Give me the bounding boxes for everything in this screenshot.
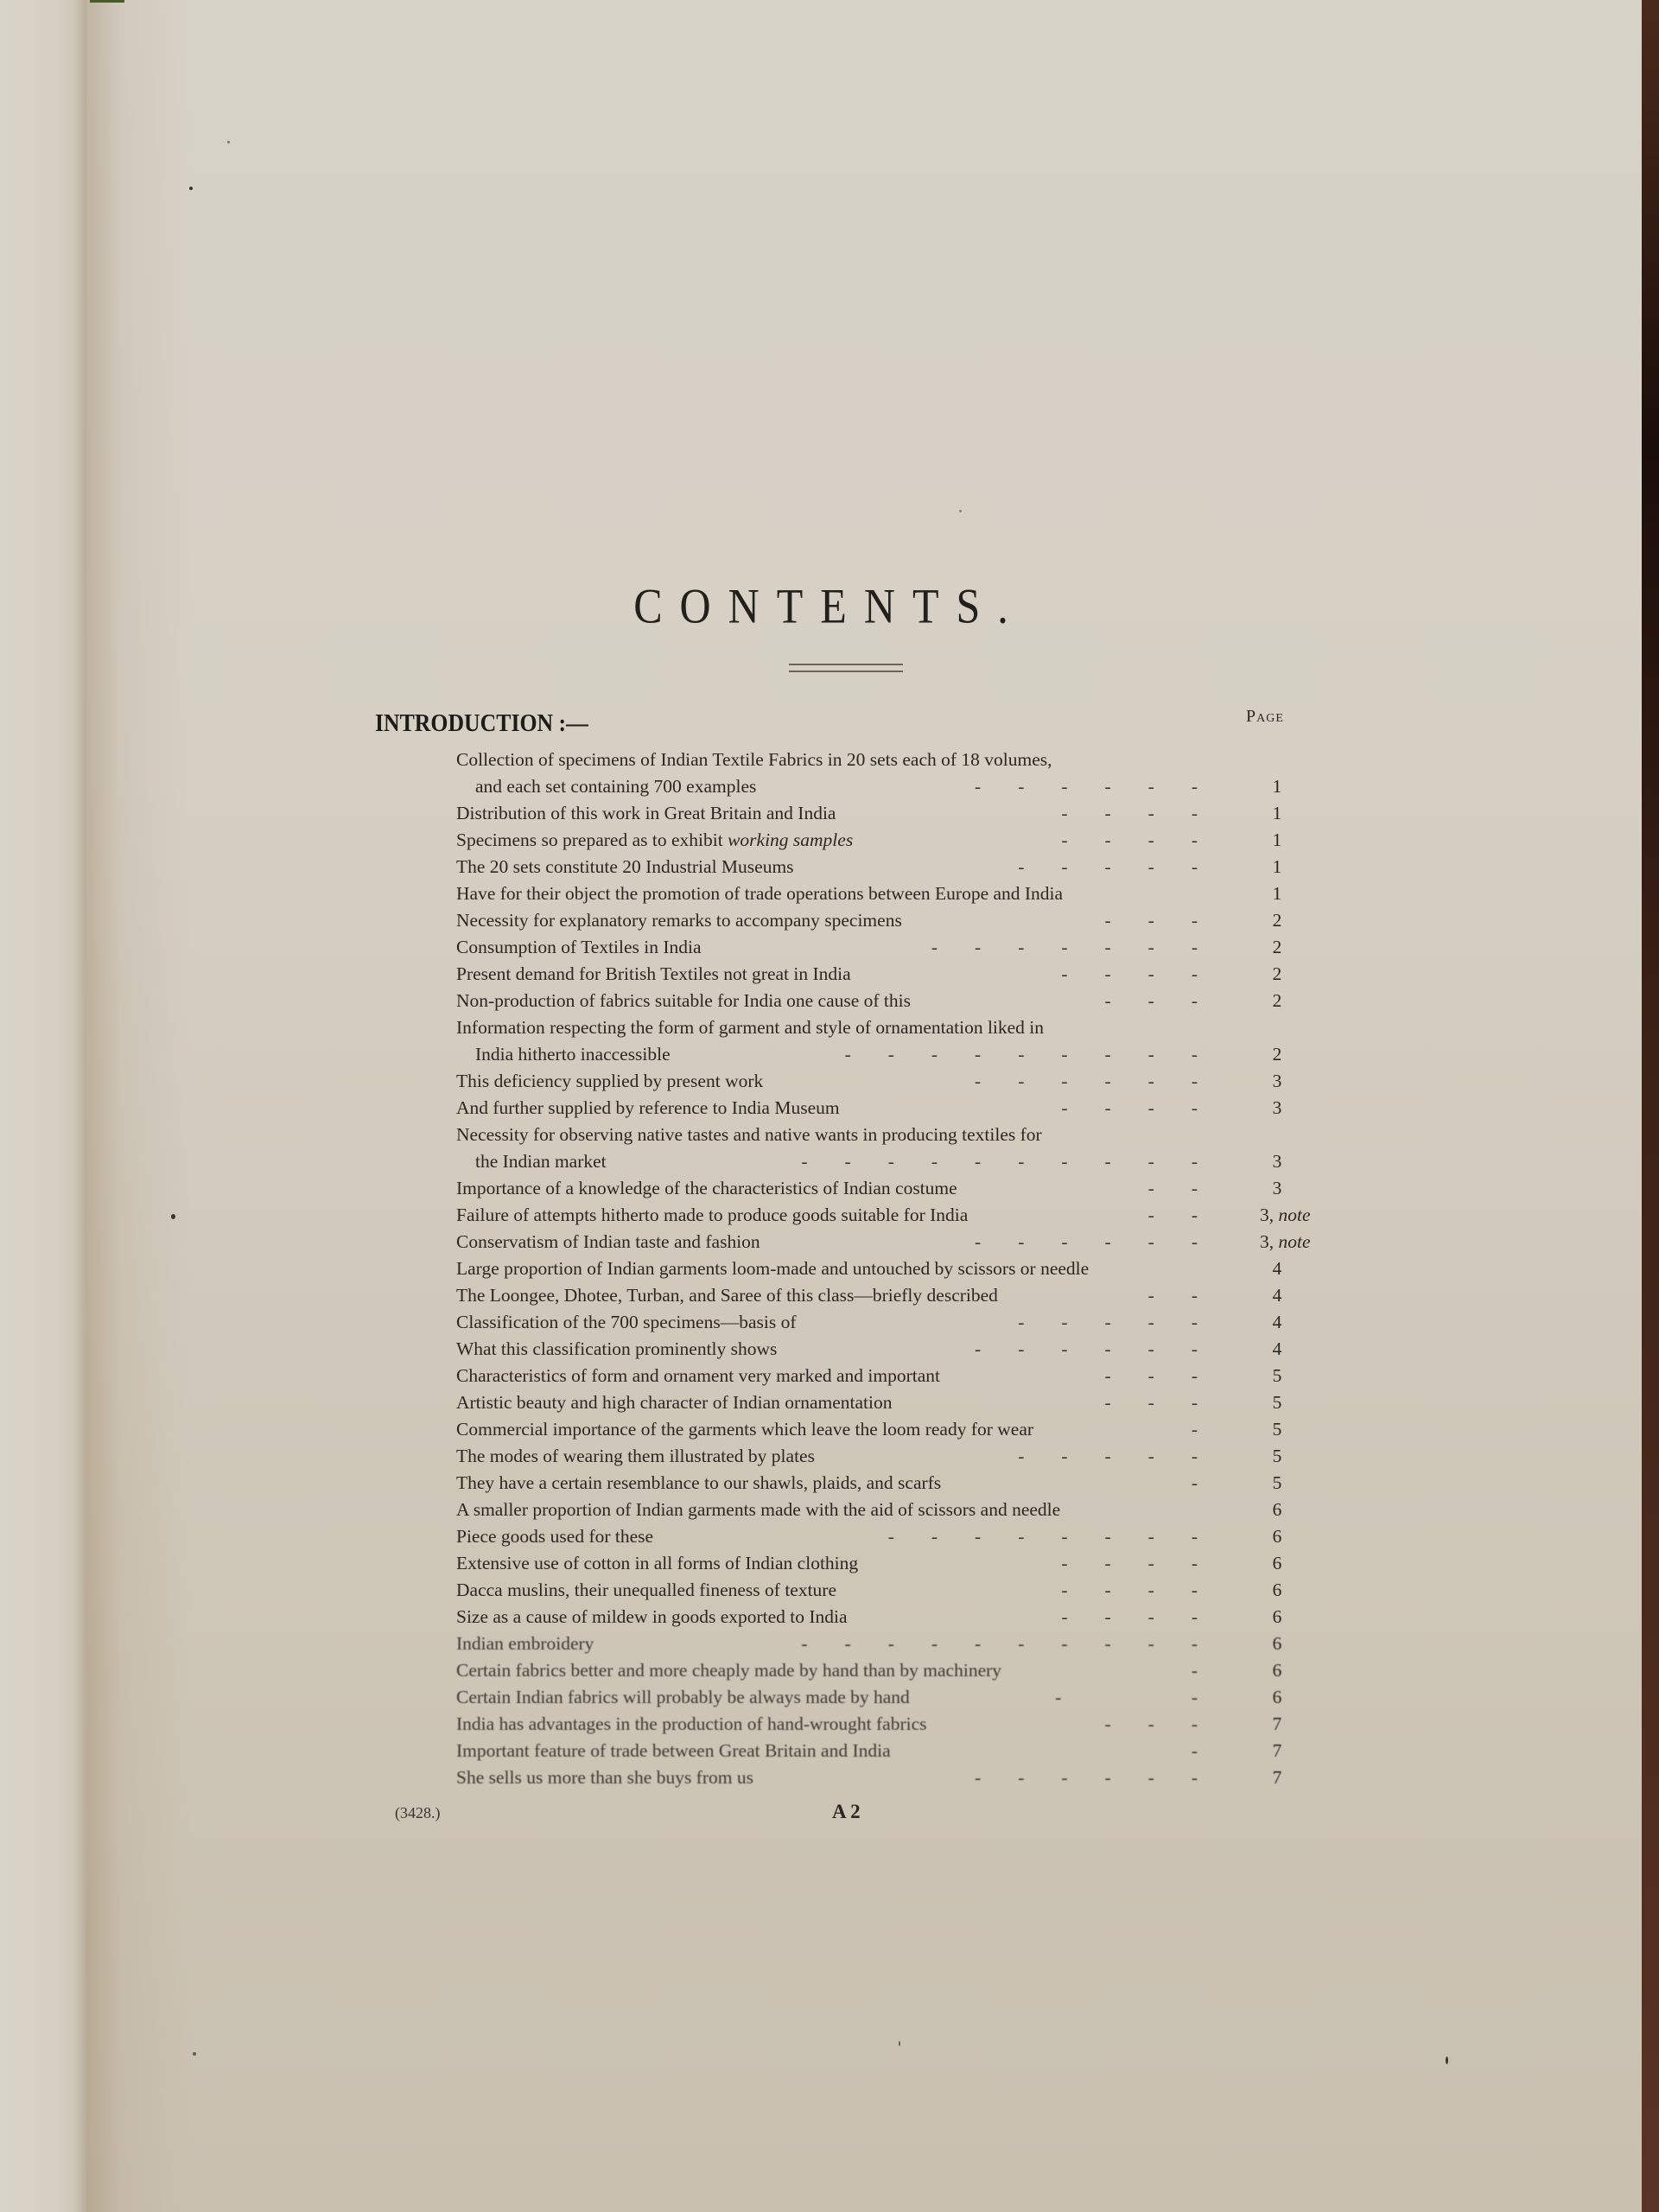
toc-entry: the Indian market- - - - - - - - - -3 (456, 1148, 1320, 1175)
toc-entry-text: Distribution of this work in Great Brita… (456, 800, 836, 827)
toc-entry-text: India has advantages in the production o… (456, 1711, 927, 1738)
toc-entry-text: Classification of the 700 specimens—basi… (456, 1309, 797, 1336)
dot-leaders: - - - - - (1018, 1309, 1198, 1336)
toc-entry-text: Indian embroidery (456, 1630, 594, 1657)
bookmark-ribbon-edge (90, 0, 124, 3)
toc-entry-text: Artistic beauty and high character of In… (456, 1389, 892, 1416)
toc-entry-text: Conservatism of Indian taste and fashion (456, 1229, 760, 1255)
toc-entry: Piece goods used for these- - - - - - - … (456, 1523, 1320, 1550)
toc-entry-text: Non-production of fabrics suitable for I… (456, 988, 911, 1014)
dot-leaders: - - - - (1061, 800, 1198, 827)
toc-entry-text: Certain Indian fabrics will probably be … (456, 1684, 910, 1711)
dot-leaders: - - - - - - (975, 1764, 1198, 1791)
toc-page-number: 1 (1251, 880, 1303, 907)
toc-entry: The Loongee, Dhotee, Turban, and Saree o… (456, 1282, 1320, 1309)
paper-speck (959, 510, 962, 512)
toc-entry-text: Large proportion of Indian garments loom… (456, 1255, 1089, 1282)
dot-leaders: - - - - - - - - (888, 1523, 1198, 1550)
dot-leaders: - - - (1105, 988, 1198, 1014)
section-heading-introduction: INTRODUCTION :— (375, 710, 588, 738)
dot-leaders: - - - (1105, 1363, 1198, 1389)
dot-leaders: - - - - - - - (931, 934, 1198, 961)
toc-page-number: 5 (1251, 1470, 1303, 1497)
paper-speck (193, 2052, 196, 2056)
toc-entry: India has advantages in the production o… (456, 1711, 1320, 1738)
dot-leaders: - - (1148, 1175, 1198, 1202)
toc-entry: Certain fabrics better and more cheaply … (456, 1657, 1320, 1684)
toc-page-number: 5 (1251, 1416, 1303, 1443)
toc-entry: Commercial importance of the garments wh… (456, 1416, 1320, 1443)
toc-page-number: 6 (1251, 1630, 1303, 1657)
toc-entry-text: Commercial importance of the garments wh… (456, 1416, 1033, 1443)
toc-page-number: 2 (1251, 988, 1303, 1014)
dot-leaders: - - - - - - (975, 1068, 1198, 1095)
toc-entry-text: Failure of attempts hitherto made to pro… (456, 1202, 968, 1229)
toc-entry-text: She sells us more than she buys from us (456, 1764, 753, 1791)
toc-entry-text: Consumption of Textiles in India (456, 934, 702, 961)
toc-entry: The 20 sets constitute 20 Industrial Mus… (456, 854, 1320, 880)
print-code: (3428.) (395, 1804, 441, 1822)
toc-entry-text: Collection of specimens of Indian Textil… (456, 747, 1052, 773)
dot-leaders: - - - - (1061, 1604, 1198, 1630)
dot-leaders: - - - (1105, 1711, 1198, 1738)
toc-entry-text: Extensive use of cotton in all forms of … (456, 1550, 858, 1577)
toc-page-number: 4 (1251, 1336, 1303, 1363)
toc-entry: Certain Indian fabrics will probably be … (456, 1684, 1320, 1711)
toc-entry-text: Specimens so prepared as to exhibit work… (456, 827, 853, 854)
toc-entry-text: Importance of a knowledge of the charact… (456, 1175, 957, 1202)
toc-entry: Size as a cause of mildew in goods expor… (456, 1604, 1320, 1630)
toc-entry: India hitherto inaccessible- - - - - - -… (456, 1041, 1320, 1068)
dot-leaders: - - - - (1061, 1095, 1198, 1122)
dot-leaders: - - - - - - - - - - (801, 1148, 1198, 1175)
toc-entry-text: The modes of wearing them illustrated by… (456, 1443, 815, 1470)
toc-entry: The modes of wearing them illustrated by… (456, 1443, 1320, 1470)
toc-page-number: 5 (1251, 1363, 1303, 1389)
toc-entry-italic-text: working samples (728, 829, 853, 850)
toc-page-number: 1 (1251, 827, 1303, 854)
page-title: CONTENTS. (0, 577, 1659, 635)
dot-leaders: - - - - - (1018, 854, 1198, 880)
toc-entry-text: Certain fabrics better and more cheaply … (456, 1657, 1001, 1684)
paper-speck (227, 141, 230, 143)
toc-entry: They have a certain resemblance to our s… (456, 1470, 1320, 1497)
contents-list: Collection of specimens of Indian Textil… (456, 747, 1320, 1791)
toc-page-number: 6 (1251, 1550, 1303, 1577)
toc-entry-text: Necessity for observing native tastes an… (456, 1122, 1042, 1148)
toc-entry-text: and each set containing 700 examples (475, 773, 756, 800)
dot-leaders: - - - - - - (975, 773, 1198, 800)
dot-leaders: - (1192, 1470, 1198, 1497)
toc-page-number: 6 (1251, 1657, 1303, 1684)
toc-entry: A smaller proportion of Indian garments … (456, 1497, 1320, 1523)
toc-entry: Specimens so prepared as to exhibit work… (456, 827, 1320, 854)
toc-entry: Classification of the 700 specimens—basi… (456, 1309, 1320, 1336)
toc-entry-text: India hitherto inaccessible (475, 1041, 671, 1068)
page-note-label: note (1279, 1231, 1311, 1252)
dot-leaders: - - - - - - (975, 1336, 1198, 1363)
toc-page-number: 6 (1251, 1604, 1303, 1630)
dot-leaders: - (1192, 1416, 1198, 1443)
toc-entry: Have for their object the promotion of t… (456, 880, 1320, 907)
toc-entry: and each set containing 700 examples- - … (456, 773, 1320, 800)
toc-page-number: 2 (1251, 1041, 1303, 1068)
toc-page-number: 4 (1251, 1309, 1303, 1336)
toc-entry-text: Necessity for explanatory remarks to acc… (456, 907, 902, 934)
toc-entry: Necessity for observing native tastes an… (456, 1122, 1320, 1148)
toc-page-number: 4 (1251, 1255, 1303, 1282)
toc-entry: Necessity for explanatory remarks to acc… (456, 907, 1320, 934)
dot-leaders: - (1192, 1738, 1198, 1764)
toc-entry-text: Dacca muslins, their unequalled fineness… (456, 1577, 836, 1604)
toc-entry: Extensive use of cotton in all forms of … (456, 1550, 1320, 1577)
paper-speck (1446, 2056, 1448, 2064)
paper-speck (171, 1214, 175, 1219)
toc-entry-text: Important feature of trade between Great… (456, 1738, 891, 1764)
toc-entry: Non-production of fabrics suitable for I… (456, 988, 1320, 1014)
toc-entry: Important feature of trade between Great… (456, 1738, 1320, 1764)
toc-page-number: 3 (1251, 1068, 1303, 1095)
toc-page-number: 2 (1251, 961, 1303, 988)
dot-leaders: - - - - - (1018, 1443, 1198, 1470)
dot-leaders: - - - - (1061, 961, 1198, 988)
toc-page-number: 6 (1251, 1523, 1303, 1550)
toc-page-number: 3, note (1260, 1202, 1311, 1229)
dot-leaders: - - - (1105, 1389, 1198, 1416)
toc-entry-text: Present demand for British Textiles not … (456, 961, 851, 988)
toc-page-number: 4 (1251, 1282, 1303, 1309)
toc-page-number: 3 (1251, 1148, 1303, 1175)
toc-page-number: 1 (1251, 800, 1303, 827)
facing-page-edge (0, 0, 86, 2212)
toc-entry-text: The Loongee, Dhotee, Turban, and Saree o… (456, 1282, 998, 1309)
toc-page-number: 2 (1251, 907, 1303, 934)
toc-entry-text: Information respecting the form of garme… (456, 1014, 1044, 1041)
toc-entry: Distribution of this work in Great Brita… (456, 800, 1320, 827)
dot-leaders: - (1192, 1657, 1198, 1684)
toc-page-number: 6 (1251, 1577, 1303, 1604)
toc-page-number: 6 (1251, 1497, 1303, 1523)
paper-speck (899, 2041, 900, 2046)
toc-entry: Large proportion of Indian garments loom… (456, 1255, 1320, 1282)
dot-leaders: - - - - - - (975, 1229, 1198, 1255)
signature-mark: A 2 (832, 1801, 861, 1823)
toc-entry: She sells us more than she buys from us-… (456, 1764, 1320, 1791)
toc-entry: Collection of specimens of Indian Textil… (456, 747, 1320, 773)
toc-page-number: 1 (1251, 854, 1303, 880)
toc-page-number: 7 (1251, 1711, 1303, 1738)
dot-leaders: - - - - - - - - - (845, 1041, 1198, 1068)
page-column-header: Page (1246, 707, 1284, 727)
book-cover-edge (1642, 0, 1659, 2212)
toc-page-number: 7 (1251, 1738, 1303, 1764)
toc-entry: And further supplied by reference to Ind… (456, 1095, 1320, 1122)
toc-page-number: 6 (1251, 1684, 1303, 1711)
toc-entry: Indian embroidery- - - - - - - - - -6 (456, 1630, 1320, 1657)
dot-leaders: - - - - (1061, 1577, 1198, 1604)
dot-leaders: - - - - (1061, 827, 1198, 854)
toc-entry-text: Have for their object the promotion of t… (456, 880, 1063, 907)
paper-speck (189, 187, 193, 190)
toc-entry-text: Size as a cause of mildew in goods expor… (456, 1604, 848, 1630)
toc-entry-text: Characteristics of form and ornament ver… (456, 1363, 940, 1389)
toc-page-number: 2 (1251, 934, 1303, 961)
toc-page-number: 5 (1251, 1443, 1303, 1470)
toc-entry: Characteristics of form and ornament ver… (456, 1363, 1320, 1389)
toc-page-number: 5 (1251, 1389, 1303, 1416)
dot-leaders: - - - - (1061, 1550, 1198, 1577)
toc-entry: Consumption of Textiles in India- - - - … (456, 934, 1320, 961)
toc-entry: Conservatism of Indian taste and fashion… (456, 1229, 1320, 1255)
toc-page-number: 3, note (1260, 1229, 1311, 1255)
title-double-rule (789, 664, 903, 672)
toc-entry-text: The 20 sets constitute 20 Industrial Mus… (456, 854, 794, 880)
dot-leaders: - - (1055, 1684, 1198, 1711)
dot-leaders: - - (1148, 1282, 1198, 1309)
toc-entry-text: Piece goods used for these (456, 1523, 653, 1550)
toc-entry: Dacca muslins, their unequalled fineness… (456, 1577, 1320, 1604)
toc-entry-text: A smaller proportion of Indian garments … (456, 1497, 1060, 1523)
dot-leaders: - - - - - - - - - - (801, 1630, 1198, 1657)
toc-entry: Information respecting the form of garme… (456, 1014, 1320, 1041)
toc-entry: Artistic beauty and high character of In… (456, 1389, 1320, 1416)
toc-entry-text: They have a certain resemblance to our s… (456, 1470, 941, 1497)
dot-leaders: - - - (1105, 907, 1198, 934)
toc-entry: Importance of a knowledge of the charact… (456, 1175, 1320, 1202)
toc-entry-text: And further supplied by reference to Ind… (456, 1095, 840, 1122)
toc-entry: Failure of attempts hitherto made to pro… (456, 1202, 1320, 1229)
dot-leaders: - - (1148, 1202, 1198, 1229)
toc-entry: This deficiency supplied by present work… (456, 1068, 1320, 1095)
toc-page-number: 3 (1251, 1095, 1303, 1122)
toc-entry-text: What this classification prominently sho… (456, 1336, 777, 1363)
toc-page-number: 7 (1251, 1764, 1303, 1791)
toc-entry: What this classification prominently sho… (456, 1336, 1320, 1363)
toc-page-number: 1 (1251, 773, 1303, 800)
toc-entry: Present demand for British Textiles not … (456, 961, 1320, 988)
toc-entry-text: the Indian market (475, 1148, 607, 1175)
page-note-label: note (1279, 1205, 1311, 1225)
toc-entry-text: This deficiency supplied by present work (456, 1068, 763, 1095)
toc-page-number: 3 (1251, 1175, 1303, 1202)
